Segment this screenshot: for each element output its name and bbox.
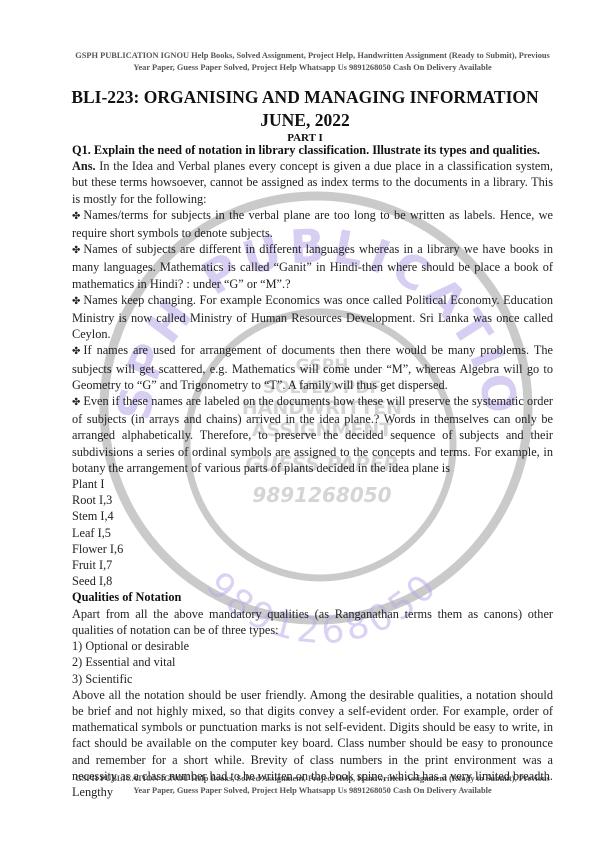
bullet-item: ✤Names of subjects are different in diff… — [72, 241, 553, 292]
quality-type-item: 3) Scientific — [72, 671, 553, 687]
star-bullet-icon: ✤ — [72, 296, 80, 307]
answer-label: Ans. — [72, 159, 96, 173]
plant-part-item: Plant I — [72, 476, 553, 492]
quality-type-item: 1) Optional or desirable — [72, 638, 553, 654]
exam-date: JUNE, 2022 — [60, 110, 550, 131]
qualities-heading: Qualities of Notation — [72, 589, 553, 605]
answer-intro: Ans. In the Idea and Verbal planes every… — [72, 158, 553, 207]
document-page: GSPH PUBLICATION 9891268050 GSPH SOLVED … — [0, 0, 595, 842]
bullet-item: ✤If names are used for arrangement of do… — [72, 342, 553, 393]
bullet-item: ✤Names/terms for subjects in the verbal … — [72, 207, 553, 241]
bullet-item: ✤Even if these names are labeled on the … — [72, 393, 553, 476]
plant-part-item: Flower I,6 — [72, 541, 553, 557]
document-body: Q1. Explain the need of notation in libr… — [72, 142, 553, 800]
star-bullet-icon: ✤ — [72, 397, 80, 408]
plant-part-item: Stem I,4 — [72, 508, 553, 524]
plant-part-item: Root I,3 — [72, 492, 553, 508]
star-bullet-icon: ✤ — [72, 346, 80, 357]
question-text: Q1. Explain the need of notation in libr… — [72, 142, 553, 158]
qualities-intro: Apart from all the above mandatory quali… — [72, 606, 553, 638]
document-title: BLI-223: ORGANISING AND MANAGING INFORMA… — [60, 87, 550, 108]
closing-paragraph: Above all the notation should be user fr… — [72, 687, 553, 800]
plant-part-item: Fruit I,7 — [72, 557, 553, 573]
plant-part-item: Leaf I,5 — [72, 525, 553, 541]
star-bullet-icon: ✤ — [72, 211, 80, 222]
header-banner: GSPH PUBLICATION IGNOU Help Books, Solve… — [70, 50, 555, 73]
quality-type-item: 2) Essential and vital — [72, 654, 553, 670]
plant-part-item: Seed I,8 — [72, 573, 553, 589]
star-bullet-icon: ✤ — [72, 245, 80, 256]
bullet-item: ✤Names keep changing. For example Econom… — [72, 292, 553, 343]
